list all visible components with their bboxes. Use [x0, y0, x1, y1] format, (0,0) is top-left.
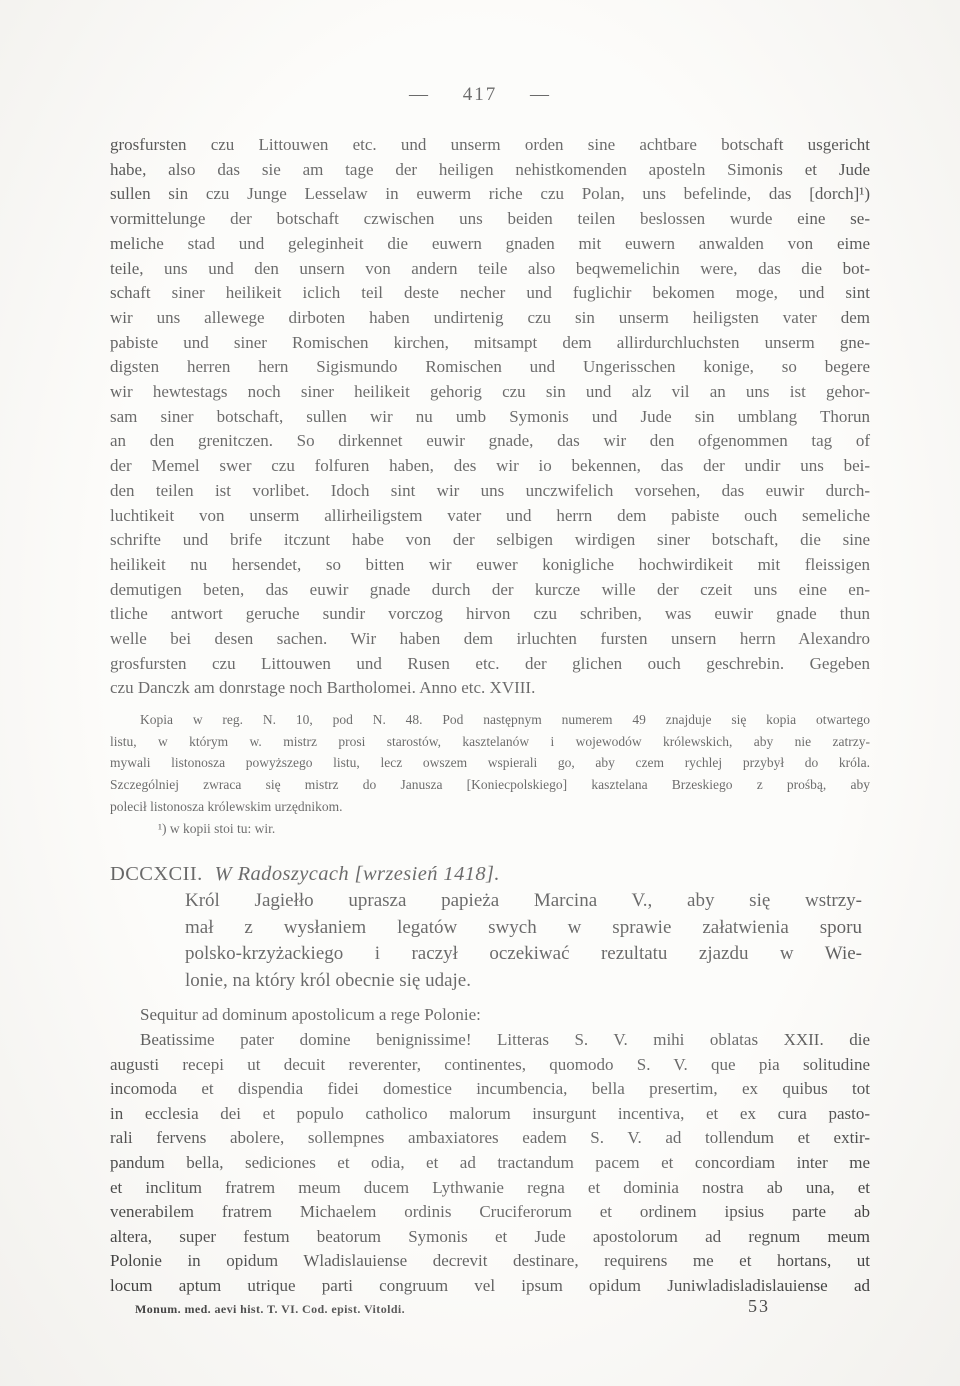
text-line: rali fervens abolere, sollempnes ambaxia…	[110, 1126, 870, 1151]
text-line: welle bei desen sachen. Wir haben dem ir…	[110, 627, 870, 652]
text-line: locum aptum utrique parti congruum vel i…	[110, 1274, 870, 1299]
text-line: polecił listonosza królewskim urzędnikom…	[110, 796, 870, 818]
latin-intro-line: Sequitur ad dominum apostolicum a rege P…	[110, 1003, 870, 1028]
latin-letter-paragraph: Beatissime pater domine benignissime! Li…	[110, 1028, 870, 1299]
text-line: venerabilem fratrem Michaelem ordinis Cr…	[110, 1200, 870, 1225]
text-line: den teilen ist vorlibet. Idoch sint wir …	[110, 479, 870, 504]
text-line: pandum bella, sediciones et odia, et ad …	[110, 1151, 870, 1176]
text-line: Król Jagiełło uprasza papieża Marcina V.…	[185, 888, 862, 915]
text-line: incomoda et dispendia fidei domestice in…	[110, 1077, 870, 1102]
text-line: Szczególniej zwraca się mistrz do Janusz…	[110, 774, 870, 796]
text-line: der Memel swer czu folfuren haben, des w…	[110, 454, 870, 479]
text-line: grosfursten czu Littouwen etc. und unser…	[110, 133, 870, 158]
text-line: tliche antwort geruche sundir vorczog hi…	[110, 602, 870, 627]
entry-heading: DCCXCII.W Radoszycach [wrzesień 1418].	[110, 861, 870, 888]
text-line: schaft siner heilikeit iclich teil deste…	[110, 281, 870, 306]
text-line: sam siner botschaft, sullen wir nu umb S…	[110, 405, 870, 430]
footnote: ¹) w kopii stoi tu: wir.	[110, 818, 918, 840]
editorial-note-paragraph: Kopia w reg. N. 10, pod N. 48. Pod nastę…	[110, 709, 870, 818]
text-line: schrifte und brife itczunt habe von der …	[110, 528, 870, 553]
text-line: polsko-krzyżackiego i raczył oczekiwać r…	[185, 941, 862, 968]
text-line: grosfursten czu Littouwen und Rusen etc.…	[110, 652, 870, 677]
entry-title: W Radoszycach [wrzesień 1418].	[215, 863, 500, 885]
text-line: czu Danczk am donrstage noch Bartholomei…	[110, 676, 870, 701]
text-line: Beatissime pater domine benignissime! Li…	[110, 1028, 870, 1053]
text-line: Polonie in opidum Wladislauiense decrevi…	[110, 1249, 870, 1274]
text-line: heilikeit nu hersendet, so bitten wir eu…	[110, 553, 870, 578]
text-line: wir hewtestags noch siner heilikeit geho…	[110, 380, 870, 405]
text-line: pabiste und siner Romischen kirchen, mit…	[110, 331, 870, 356]
text-line: an den grenitczen. So dirkennet euwir gn…	[110, 429, 870, 454]
footer-page-number: 53	[748, 1296, 770, 1317]
text-line: habe, also das sie am tage der heiligen …	[110, 158, 870, 183]
text-line: vormittelunge der botschaft czwischen un…	[110, 207, 870, 232]
entry-number: DCCXCII.	[110, 863, 203, 885]
text-line: Kopia w reg. N. 10, pod N. 48. Pod nastę…	[110, 709, 870, 731]
footer-imprint: Monum. med. aevi hist. T. VI. Cod. epist…	[135, 1302, 405, 1317]
text-line: mał z wysłaniem legatów swych w sprawie …	[185, 915, 862, 942]
text-line: in ecclesia dei et populo catholico malo…	[110, 1102, 870, 1127]
letter-continuation-paragraph: grosfursten czu Littouwen etc. und unser…	[110, 133, 870, 701]
scanned-book-page: — 417 — grosfursten czu Littouwen etc. u…	[0, 0, 960, 1386]
text-line: et inclitum fratrem meum ducem Lythwanie…	[110, 1176, 870, 1201]
text-line: luchtikeit von unserm allirheiligstem va…	[110, 504, 870, 529]
running-head-page-number: — 417 —	[0, 84, 960, 106]
text-line: meliche stad und geleginheit die euwern …	[110, 232, 870, 257]
text-line: augusti recepi ut decuit reverenter, con…	[110, 1053, 870, 1078]
text-line: mywali listonosza powyższego listu, lecz…	[110, 752, 870, 774]
text-line: listu, w którym w. mistrz prosi starostó…	[110, 731, 870, 753]
text-line: lonie, na który król obecnie się udaje.	[185, 968, 862, 995]
entry-summary-paragraph: Król Jagiełło uprasza papieża Marcina V.…	[185, 888, 862, 994]
text-line: digsten herren hern Sigismundo Romischen…	[110, 355, 870, 380]
text-line: wir uns allewege dirboten haben undirten…	[110, 306, 870, 331]
text-line: demutigen beten, das euwir gnade durch d…	[110, 578, 870, 603]
text-line: sullen sin czu Junge Lesselaw in euwerm …	[110, 182, 870, 207]
text-line: teile, uns und den unsern von andern tei…	[110, 257, 870, 282]
text-line: altera, super festum beatorum Symonis et…	[110, 1225, 870, 1250]
